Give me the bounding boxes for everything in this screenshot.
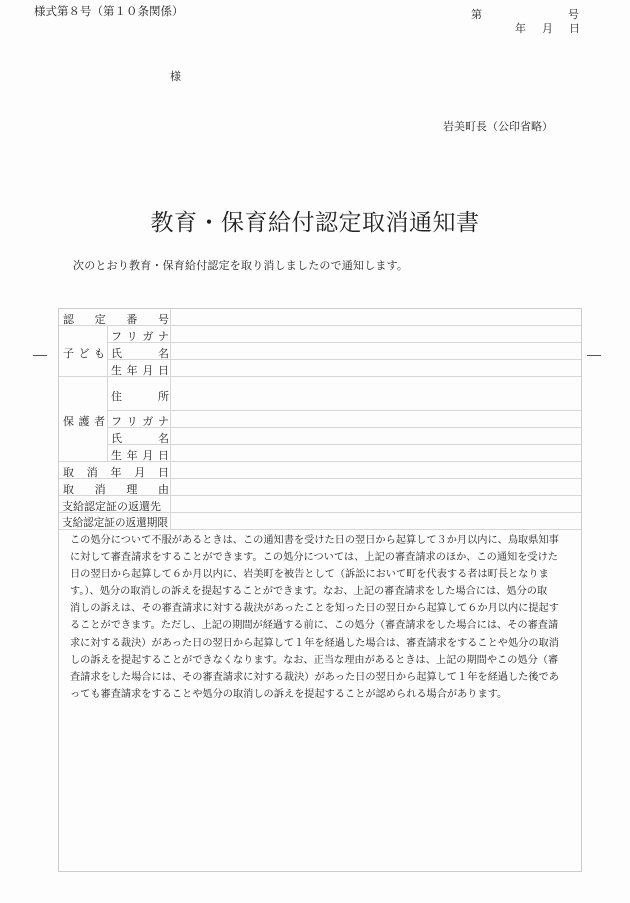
value-cancellation-date[interactable] bbox=[171, 462, 581, 478]
notice-line: しの訴えを提起することができなくなります。なお、正当な理由があるときは、上記の期… bbox=[70, 652, 575, 669]
value-certificate-return-destination[interactable] bbox=[171, 496, 581, 512]
label-guardian-furigana: フリガナ bbox=[111, 413, 169, 429]
value-guardian-birthdate[interactable] bbox=[171, 445, 581, 461]
value-cancellation-reason[interactable] bbox=[171, 479, 581, 495]
label-certificate-return-deadline: 支給認定証の返還期限 bbox=[62, 515, 170, 530]
label-guardian-name: 氏名 bbox=[111, 430, 169, 446]
document-title: 教育・保育給付認定取消通知書 bbox=[0, 204, 630, 237]
fold-mark-right bbox=[587, 355, 601, 356]
label-group-child: 子ども bbox=[63, 345, 105, 361]
label-cancellation-date: 取消年月日 bbox=[63, 464, 169, 480]
issue-date: 年月日 bbox=[515, 20, 580, 36]
notice-line: この処分について不服があるときは、この通知書を受けた日の翌日から起算して３か月以… bbox=[70, 532, 575, 549]
date-year: 年 bbox=[515, 20, 526, 36]
form-number: 様式第８号（第１０条関係） bbox=[34, 3, 184, 19]
date-month: 月 bbox=[542, 20, 553, 36]
label-cancellation-reason: 取消理由 bbox=[63, 481, 169, 497]
value-certificate-return-deadline[interactable] bbox=[171, 513, 581, 529]
notice-line: っても審査請求をすることや処分の取消しの訴えを提起することが認められる場合があり… bbox=[70, 686, 575, 703]
document-number-prefix: 第 bbox=[471, 6, 482, 22]
intro-text: 次のとおり教育・保育給付認定を取り消しましたので通知します。 bbox=[73, 257, 408, 273]
value-child-birthdate[interactable] bbox=[171, 360, 581, 376]
label-child-birthdate: 生年月日 bbox=[111, 362, 169, 378]
issuer: 岩美町長（公印省略） bbox=[443, 118, 553, 134]
label-group-guardian: 保護者 bbox=[63, 413, 105, 429]
notice-line: ることができます。ただし、上記の期間が経過する前に、この処分（審査請求をした場合… bbox=[70, 617, 575, 634]
value-guardian-furigana[interactable] bbox=[171, 411, 581, 427]
notice-line: 求に対する裁決）があった日の翌日から起算して１年を経過した場合は、審査請求をする… bbox=[70, 635, 575, 652]
notice-line: 査請求をした場合には、その審査請求に対する裁決）があった日の翌日から起算して１年… bbox=[70, 669, 575, 686]
value-child-name[interactable] bbox=[171, 343, 581, 359]
notice-line: に対して審査請求をすることができます。この処分については、上記の審査請求のほか、… bbox=[70, 549, 575, 566]
value-guardian-address[interactable] bbox=[171, 377, 581, 410]
notice-line: す。）、処分の取消しの訴えを提起することができます。なお、上記の審査請求をした場… bbox=[70, 583, 575, 600]
group-divider bbox=[107, 325, 108, 461]
label-certificate-return-destination: 支給認定証の返還先 bbox=[62, 498, 170, 514]
notice-line: 消しの訴えは、その審査請求に対する裁決があったことを知った日の翌日から起算して６… bbox=[70, 600, 575, 617]
label-child-name: 氏名 bbox=[111, 345, 169, 361]
notice-line: 日の翌日から起算して６か月以内に、岩美町を被告として（訴訟において町を代表する者… bbox=[70, 566, 575, 583]
label-guardian-address: 住所 bbox=[111, 388, 169, 404]
value-certification-number[interactable] bbox=[171, 309, 581, 325]
label-child-furigana: フリガナ bbox=[111, 328, 169, 344]
value-child-furigana[interactable] bbox=[171, 326, 581, 342]
value-guardian-name[interactable] bbox=[171, 428, 581, 444]
fold-mark-left bbox=[33, 355, 47, 356]
date-day: 日 bbox=[569, 20, 580, 36]
appeal-notice: この処分について不服があるときは、この通知書を受けた日の翌日から起算して３か月以… bbox=[70, 532, 575, 703]
recipient-honorific: 様 bbox=[170, 68, 181, 84]
label-guardian-birthdate: 生年月日 bbox=[111, 447, 169, 463]
label-certification-number: 認定番号 bbox=[63, 311, 169, 327]
